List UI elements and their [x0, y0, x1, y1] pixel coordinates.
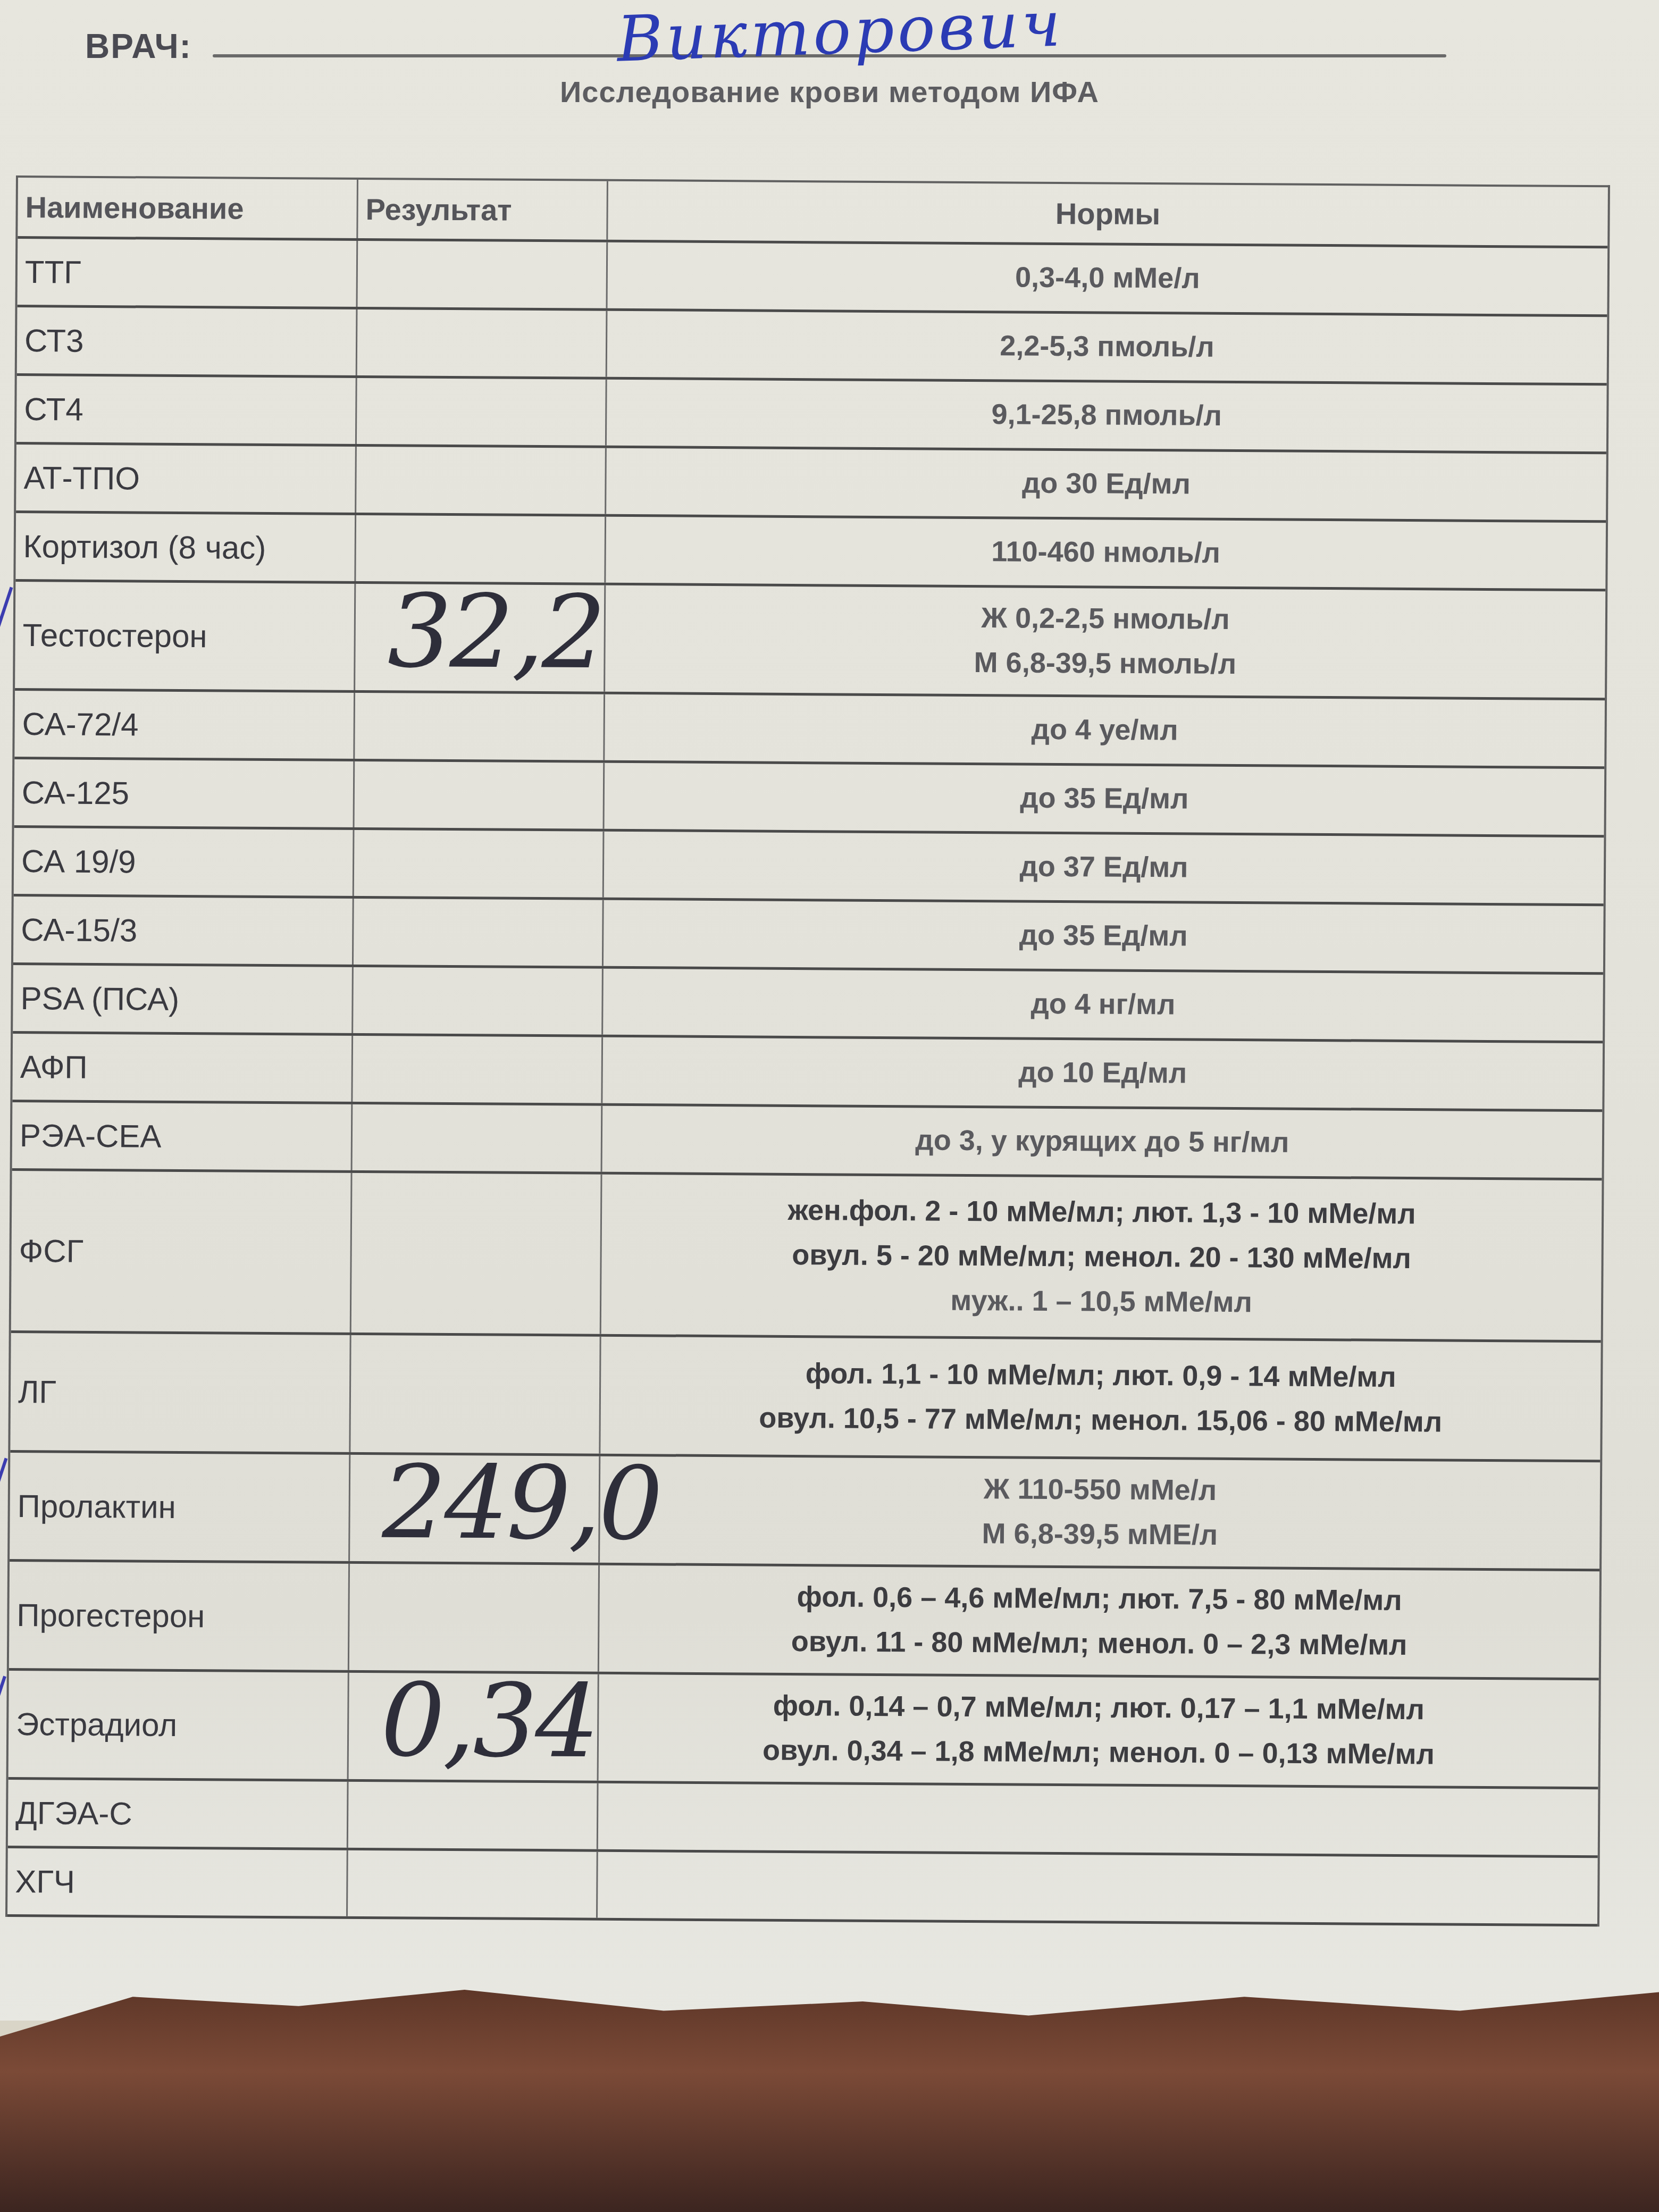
norms-cell: фол. 0,14 – 0,7 мМе/мл; лют. 0,17 – 1,1 … — [599, 1674, 1599, 1787]
table-row: Эстрадиол0,34фол. 0,14 – 0,7 мМе/мл; лют… — [9, 1671, 1599, 1789]
analyte-name: Прогестерон — [9, 1562, 350, 1670]
norm-line: М 6,8-39,5 мМЕ/л — [982, 1512, 1218, 1557]
table-row: СА-125до 35 Ед/мл — [14, 759, 1605, 837]
result-cell — [354, 899, 604, 966]
analyte-name: СТ4 — [16, 376, 357, 444]
checkmark-icon — [0, 1676, 13, 1735]
norms-cell — [598, 1783, 1598, 1855]
analyte-name: АФП — [12, 1034, 353, 1102]
analyte-name: Пролактин — [10, 1453, 350, 1561]
norm-line: овул. 5 - 20 мМе/мл; менол. 20 - 130 мМе… — [792, 1233, 1411, 1281]
table-row: АТ-ТПОдо 30 Ед/мл — [16, 445, 1606, 523]
norms-cell: фол. 1,1 - 10 мМе/мл; лют. 0,9 - 14 мМе/… — [600, 1337, 1601, 1460]
form-title: Исследование крови методом ИФА — [0, 74, 1659, 109]
norms-cell: 0,3-4,0 мМе/л — [607, 242, 1607, 314]
analyte-name: ЛГ — [10, 1333, 351, 1452]
norm-line: овул. 10,5 - 77 мМе/мл; менол. 15,06 - 8… — [759, 1396, 1442, 1445]
norm-line: 2,2-5,3 пмоль/л — [1000, 324, 1214, 370]
analyte-name: СА-72/4 — [14, 691, 355, 759]
analyte-name: ТТГ — [18, 239, 358, 307]
table-row: СА-15/3до 35 Ед/мл — [13, 896, 1604, 975]
result-cell — [358, 241, 608, 308]
result-cell — [353, 1036, 603, 1103]
table-row: ДГЭА-С — [8, 1780, 1598, 1858]
analyte-name: ДГЭА-С — [8, 1780, 349, 1848]
column-header-norms: Нормы — [608, 181, 1608, 246]
norm-line: до 4 уе/мл — [1031, 708, 1178, 753]
norm-line: 9,1-25,8 пмоль/л — [991, 392, 1222, 438]
result-cell — [355, 761, 605, 829]
norm-line: Ж 110-550 мМе/л — [984, 1467, 1217, 1513]
analyte-name: Тестостерон — [15, 582, 356, 690]
checkmark-icon — [0, 587, 20, 646]
result-cell — [351, 1173, 602, 1334]
analyte-name: ФСГ — [11, 1171, 353, 1333]
norm-line: до 35 Ед/мл — [1019, 914, 1188, 959]
result-value: 32,2 — [387, 573, 604, 691]
checkmark-icon — [0, 1458, 15, 1517]
analyte-name: СА-125 — [14, 759, 355, 827]
analyte-name: ХГЧ — [7, 1848, 348, 1916]
norms-cell: до 30 Ед/мл — [606, 448, 1606, 520]
result-cell — [355, 693, 605, 760]
norm-line: до 37 Ед/мл — [1019, 845, 1188, 891]
norms-cell: 2,2-5,3 пмоль/л — [607, 311, 1607, 383]
norm-line: жен.фол. 2 - 10 мМе/мл; лют. 1,3 - 10 мМ… — [787, 1188, 1416, 1237]
table-row: СТ32,2-5,3 пмоль/л — [17, 307, 1607, 386]
table-header-row: Наименование Результат Нормы — [18, 178, 1608, 248]
table-row: Пролактин249,0Ж 110-550 мМе/лМ 6,8-39,5 … — [10, 1453, 1600, 1571]
norms-cell: до 4 уе/мл — [605, 694, 1605, 766]
norm-line: Ж 0,2-2,5 нмоль/л — [981, 596, 1230, 642]
norms-cell: 110-460 нмоль/л — [606, 517, 1606, 589]
norm-line: муж.. 1 – 10,5 мМе/мл — [950, 1279, 1252, 1325]
norm-line: фол. 0,6 – 4,6 мМе/мл; лют. 7,5 - 80 мМе… — [797, 1575, 1402, 1623]
norms-cell: Ж 0,2-2,5 нмоль/лМ 6,8-39,5 нмоль/л — [605, 585, 1605, 698]
norm-line: фол. 0,14 – 0,7 мМе/мл; лют. 0,17 – 1,1 … — [773, 1684, 1425, 1732]
result-value: 0,34 — [381, 1662, 598, 1780]
norm-line: 110-460 нмоль/л — [991, 530, 1220, 575]
norms-cell: фол. 0,6 – 4,6 мМе/мл; лют. 7,5 - 80 мМе… — [599, 1565, 1599, 1678]
analyte-name: СА 19/9 — [14, 828, 355, 896]
result-cell — [356, 447, 607, 514]
norms-cell: до 3, у курящих до 5 нг/мл — [602, 1106, 1603, 1178]
result-cell — [349, 1564, 600, 1672]
result-cell: 0,34 — [349, 1673, 599, 1781]
analyte-name: Кортизол (8 час) — [15, 513, 356, 581]
lab-form-paper: ВРАЧ: Викторович Исследование крови мето… — [0, 0, 1659, 2021]
doctor-label: ВРАЧ: — [85, 27, 192, 66]
result-cell — [350, 1335, 601, 1454]
table-row: ФСГжен.фол. 2 - 10 мМе/мл; лют. 1,3 - 10… — [11, 1171, 1602, 1343]
norms-cell: жен.фол. 2 - 10 мМе/мл; лют. 1,3 - 10 мМ… — [601, 1175, 1602, 1340]
norm-line: овул. 11 - 80 мМе/мл; менол. 0 – 2,3 мМе… — [791, 1620, 1407, 1668]
result-cell — [348, 1850, 598, 1918]
table-row: РЭА-СЕАдо 3, у курящих до 5 нг/мл — [12, 1102, 1603, 1180]
norm-line: до 4 нг/мл — [1030, 982, 1175, 1027]
column-header-result: Результат — [358, 180, 608, 240]
norms-cell: до 10 Ед/мл — [602, 1037, 1603, 1109]
table-row: Тестостерон32,2Ж 0,2-2,5 нмоль/лМ 6,8-39… — [15, 582, 1605, 700]
norm-line: до 10 Ед/мл — [1018, 1051, 1187, 1096]
table-row: СА 19/9до 37 Ед/мл — [14, 828, 1604, 906]
table-row: АФПдо 10 Ед/мл — [12, 1034, 1603, 1112]
result-cell — [348, 1782, 599, 1849]
norms-cell: Ж 110-550 мМе/лМ 6,8-39,5 мМЕ/л — [600, 1456, 1600, 1569]
table-row: СА-72/4до 4 уе/мл — [14, 691, 1605, 769]
result-cell — [354, 830, 605, 898]
result-cell — [357, 378, 607, 446]
result-cell — [353, 967, 604, 1035]
column-header-name: Наименование — [18, 178, 358, 238]
norms-cell: до 35 Ед/мл — [604, 900, 1604, 972]
table-row: СТ49,1-25,8 пмоль/л — [16, 376, 1607, 454]
table-row: Кортизол (8 час)110-460 нмоль/л — [15, 513, 1606, 591]
norm-line: до 3, у курящих до 5 нг/мл — [915, 1119, 1289, 1166]
analyte-name: Эстрадиол — [9, 1671, 349, 1779]
result-cell: 32,2 — [355, 584, 606, 692]
result-cell — [357, 309, 608, 377]
norms-cell: до 4 нг/мл — [603, 969, 1603, 1041]
analyte-name: PSA (ПСА) — [13, 965, 354, 1033]
analyte-name: СА-15/3 — [13, 896, 354, 965]
doctor-field: ВРАЧ: Викторович — [85, 16, 1457, 74]
analyte-name: АТ-ТПО — [16, 445, 357, 513]
norms-cell: до 35 Ед/мл — [605, 763, 1605, 835]
norm-line: до 30 Ед/мл — [1022, 462, 1191, 507]
table-row: PSA (ПСА)до 4 нг/мл — [13, 965, 1603, 1043]
analyte-name: РЭА-СЕА — [12, 1102, 353, 1170]
norms-cell: 9,1-25,8 пмоль/л — [607, 380, 1607, 451]
result-cell — [353, 1104, 603, 1172]
norms-cell: до 37 Ед/мл — [604, 832, 1604, 903]
result-cell: 249,0 — [350, 1455, 600, 1563]
norm-line: 0,3-4,0 мМе/л — [1015, 256, 1200, 301]
norm-line: М 6,8-39,5 нмоль/л — [974, 641, 1236, 687]
table-row: ЛГфол. 1,1 - 10 мМе/мл; лют. 0,9 - 14 мМ… — [10, 1333, 1601, 1462]
doctor-signature: Викторович — [616, 0, 1065, 76]
analyte-name: СТ3 — [17, 307, 358, 375]
table-row: ТТГ0,3-4,0 мМе/л — [17, 239, 1607, 317]
norm-line: фол. 1,1 - 10 мМе/мл; лют. 0,9 - 14 мМе/… — [806, 1352, 1396, 1400]
norm-line: до 35 Ед/мл — [1020, 776, 1188, 822]
results-table: Наименование Результат Нормы ТТГ0,3-4,0 … — [5, 175, 1610, 1926]
background-surface — [0, 1978, 1659, 2212]
table-row: Прогестеронфол. 0,6 – 4,6 мМе/мл; лют. 7… — [9, 1562, 1599, 1680]
norms-cell — [598, 1852, 1598, 1924]
table-row: ХГЧ — [7, 1848, 1598, 1926]
norm-line: овул. 0,34 – 1,8 мМе/мл; менол. 0 – 0,13… — [763, 1729, 1435, 1777]
